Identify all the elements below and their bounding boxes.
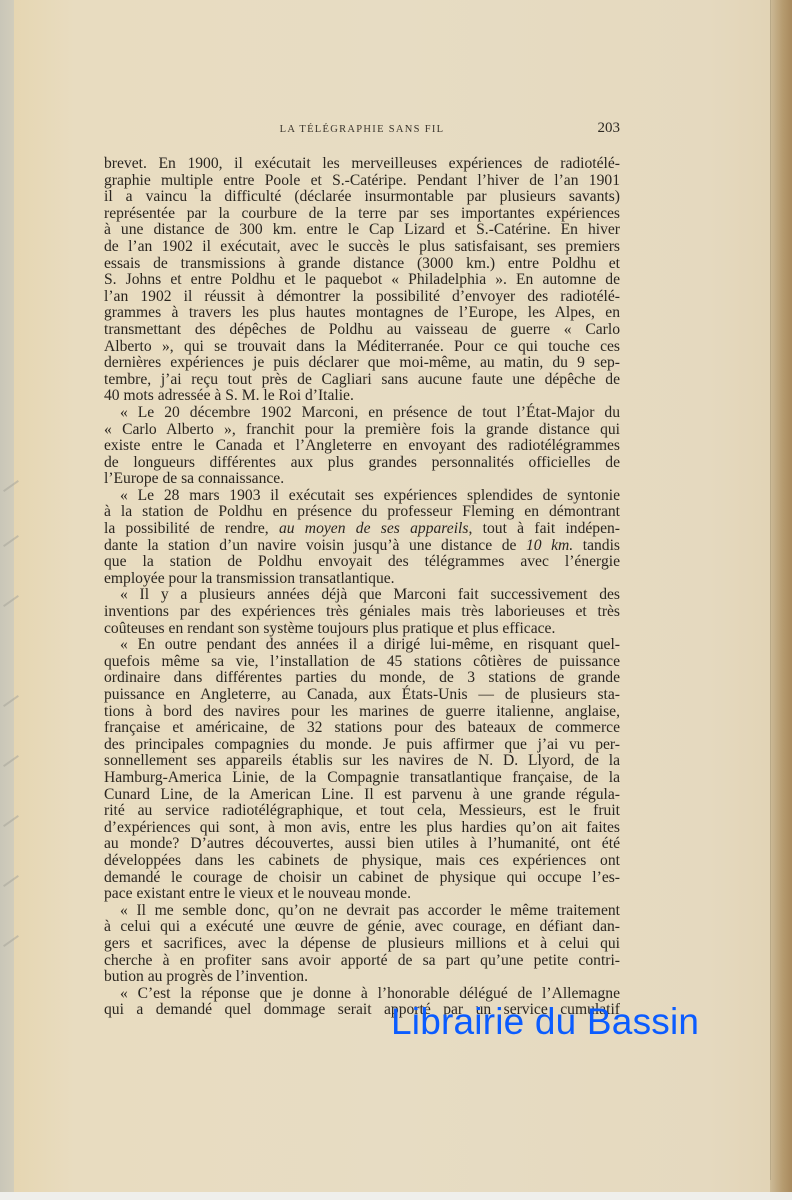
text-line: ordinaire dans différentes parties du mo… — [104, 670, 620, 687]
text-line: inventions par des expériences très géni… — [104, 604, 620, 621]
scan-background — [0, 1192, 792, 1200]
text-line: S. Johns et entre Poldhu et le paquebot … — [104, 272, 620, 289]
text-line: quefois même sa vie, l’installation de 4… — [104, 654, 620, 671]
text-line: l’an 1902 il réussit à démontrer la poss… — [104, 289, 620, 306]
text-line: « Il me semble donc, qu’on ne devrait pa… — [104, 903, 620, 920]
watermark: Librairie du Bassin — [391, 1000, 699, 1044]
text-line: à une distance de 300 km. entre le Cap L… — [104, 222, 620, 239]
text-line: graphie multiple entre Poole et S.-Catér… — [104, 173, 620, 190]
text-line: cherche à en profiter sans avoir apporté… — [104, 953, 620, 970]
text-line: il a vaincu la difficulté (déclarée insu… — [104, 189, 620, 206]
text-line: demandé le courage de choisir un cabinet… — [104, 870, 620, 887]
text-line: « Le 28 mars 1903 il exécutait ses expér… — [104, 488, 620, 505]
text-line: Cunard Line, de la American Line. Il est… — [104, 787, 620, 804]
page-number: 203 — [598, 120, 621, 137]
text-line: 40 mots adressée à S. M. le Roi d’Italie… — [104, 388, 620, 405]
text-line: que la station de Poldhu envoyait des té… — [104, 554, 620, 571]
text-line: existe entre le Canada et l’Angleterre e… — [104, 438, 620, 455]
text-line: à la station de Poldhu en présence du pr… — [104, 504, 620, 521]
text-line: essais de transmissions à grande distanc… — [104, 256, 620, 273]
page-edge-stack — [770, 0, 792, 1200]
text-line: représentée par la courbure de la terre … — [104, 206, 620, 223]
page-header: LA TÉLÉGRAPHIE SANS FIL 203 — [104, 120, 620, 140]
text-line: rité au service radiotélégraphique, et t… — [104, 803, 620, 820]
text-line: bution au progrès de l’invention. — [104, 969, 620, 986]
text-line: « En outre pendant des années il a dirig… — [104, 637, 620, 654]
text-line: coûteuses en rendant son système toujour… — [104, 621, 620, 638]
text-line: transmettant des dépêches de Poldhu au v… — [104, 322, 620, 339]
text-line: dante la station d’un navire voisin jusq… — [104, 538, 620, 555]
text-run: , tout à fait indépen- — [468, 520, 620, 537]
text-line: au monde? D’autres découvertes, aussi bi… — [104, 836, 620, 853]
text-line: « Le 20 décembre 1902 Marconi, en présen… — [104, 405, 620, 422]
text-line: pace existant entre le vieux et le nouve… — [104, 886, 620, 903]
text-line: tembre, j’ai reçu tout près de Cagliari … — [104, 372, 620, 389]
running-title: LA TÉLÉGRAPHIE SANS FIL — [104, 124, 620, 135]
page-edge-line — [770, 0, 771, 1180]
text-line: gers et sacrifices, avec la dépense de p… — [104, 936, 620, 953]
text-line: grammes à travers les plus hautes montag… — [104, 305, 620, 322]
text-line: l’Europe de sa connaissance. — [104, 471, 620, 488]
text-line: des principales compagnies du monde. Je … — [104, 737, 620, 754]
italic-text-run: 10 km. — [526, 537, 573, 554]
text-line: Alberto », qui se trouvait dans la Médit… — [104, 339, 620, 356]
text-line: Hamburg-America Linie, de la Compagnie t… — [104, 770, 620, 787]
text-line: à celui qui a exécuté une œuvre de génie… — [104, 919, 620, 936]
text-line: de l’an 1902 il exécutait, avec le succè… — [104, 239, 620, 256]
text-line: « Il y a plusieurs années déjà que Marco… — [104, 587, 620, 604]
text-line: d’expériences qui sont, à mon avis, entr… — [104, 820, 620, 837]
text-line: dernières expériences je puis déclarer q… — [104, 355, 620, 372]
text-line: brevet. En 1900, il exécutait les mervei… — [104, 156, 620, 173]
text-line: tions à bord des navires pour les marine… — [104, 704, 620, 721]
text-run: la possibilité de rendre, — [104, 520, 279, 537]
text-line: sonnellement ses appareils établis sur l… — [104, 753, 620, 770]
text-line: développées dans les cabinets de physiqu… — [104, 853, 620, 870]
body-text: brevet. En 1900, il exécutait les mervei… — [104, 156, 620, 1019]
text-line: employée pour la transmission transatlan… — [104, 571, 620, 588]
text-line: puissance en Angleterre, au Canada, aux … — [104, 687, 620, 704]
text-line: la possibilité de rendre, au moyen de se… — [104, 521, 620, 538]
text-line: de longueurs différentes aux plus grande… — [104, 455, 620, 472]
text-line: « Carlo Alberto », franchit pour la prem… — [104, 422, 620, 439]
text-run: tandis — [573, 537, 620, 554]
text-run: dante la station d’un navire voisin jusq… — [104, 537, 526, 554]
text-line: française et américaine, de 32 stations … — [104, 720, 620, 737]
italic-text-run: au moyen de ses appareils — [279, 520, 469, 537]
